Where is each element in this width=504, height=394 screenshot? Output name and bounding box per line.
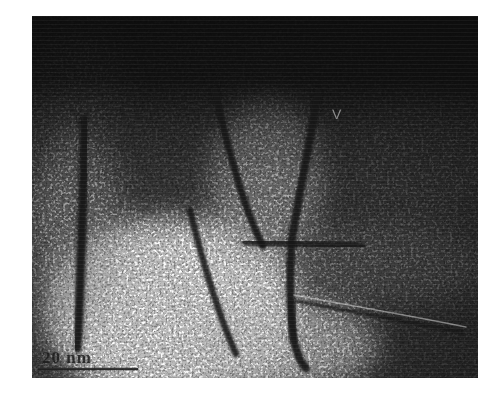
scale-bar-label: 20 nm [42, 348, 92, 367]
dislocation-line-horizontal-band [245, 242, 362, 246]
v-artifact-mark: V [332, 106, 342, 122]
micrograph-canvas: V 20 nm [32, 16, 478, 378]
dislocation-line-right-blob [290, 304, 294, 338]
tem-micrograph: V 20 nm [32, 16, 478, 378]
page: V 20 nm [0, 0, 504, 394]
